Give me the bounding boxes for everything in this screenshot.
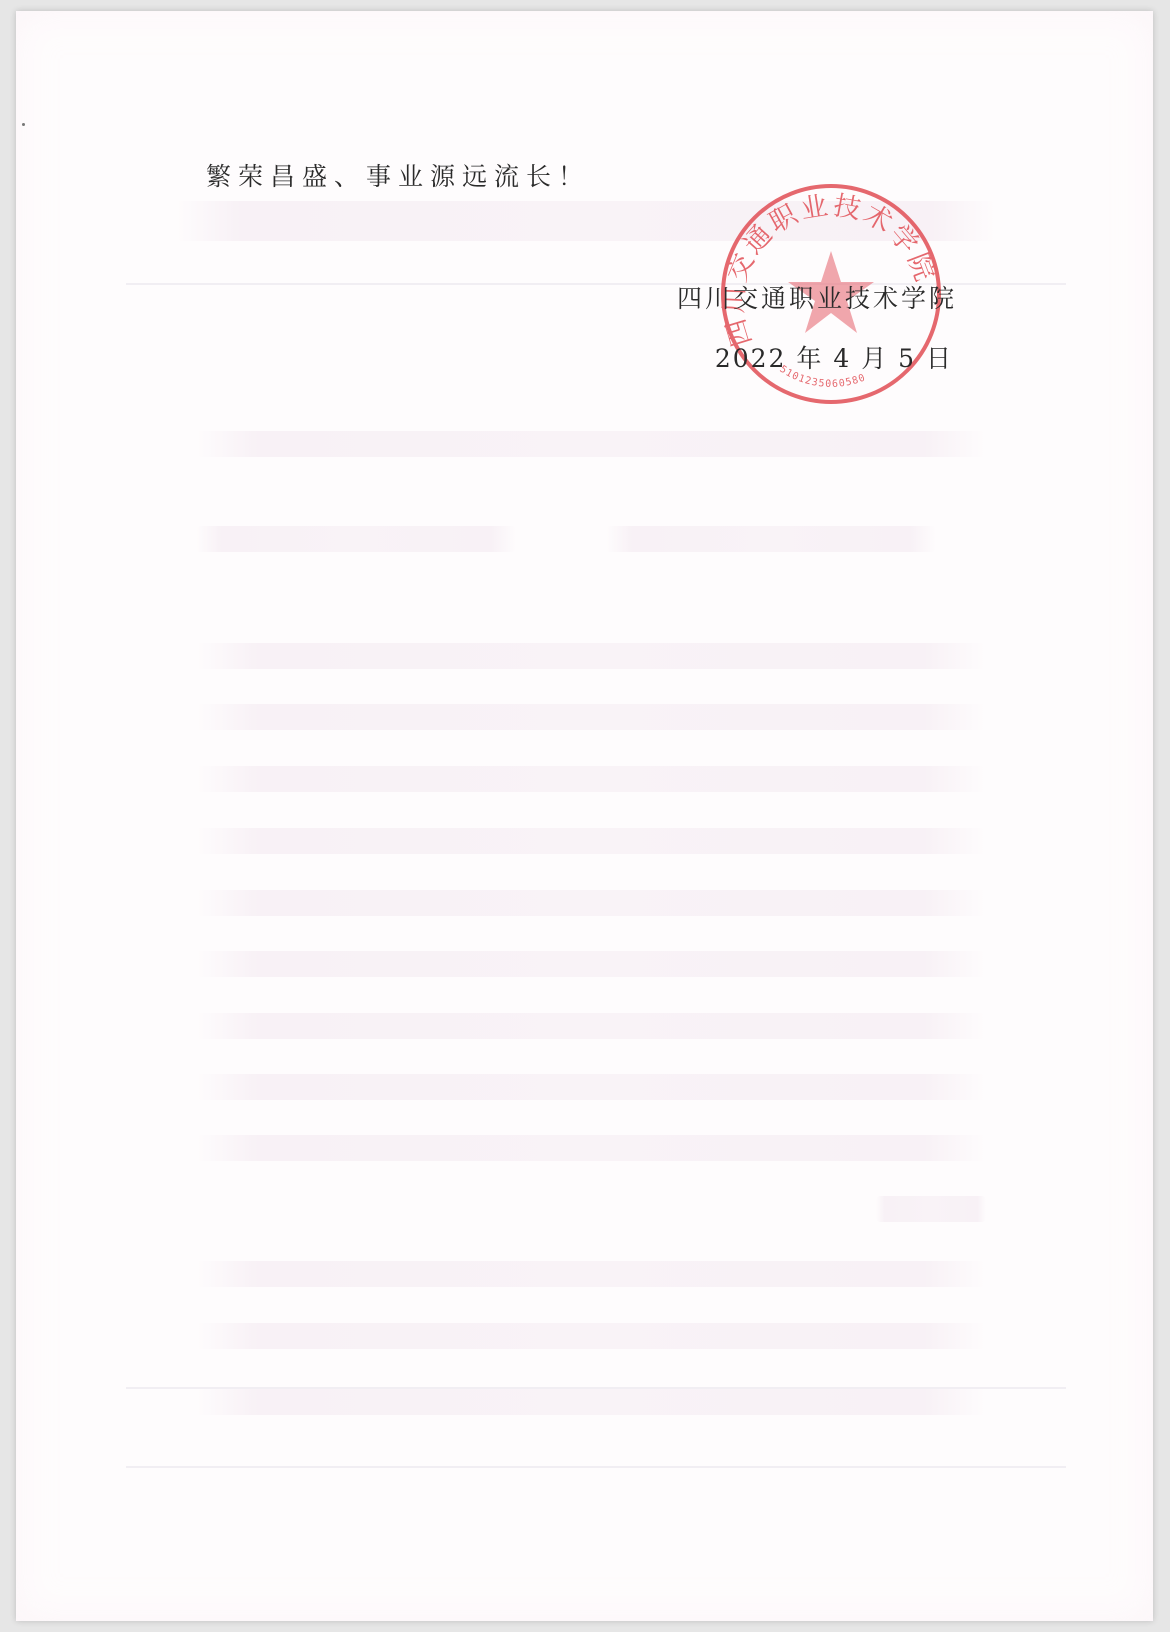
signature-organization: 四川交通职业技术学院 xyxy=(677,279,957,315)
bleed-through-line xyxy=(196,526,516,552)
bleed-through-line xyxy=(196,643,986,669)
bleed-through-rule xyxy=(126,1466,1066,1468)
document-page: 繁荣昌盛、事业源远流长！ 四川交通职业技术学院 5101235060580 四川… xyxy=(16,11,1153,1621)
bleed-through-line xyxy=(196,1074,986,1100)
scan-speck xyxy=(22,123,25,126)
bleed-through-line xyxy=(196,1261,986,1287)
bleed-through-line xyxy=(196,1323,986,1349)
bleed-through-line xyxy=(876,1196,986,1222)
bleed-through-line xyxy=(196,890,986,916)
bleed-through-line xyxy=(196,1013,986,1039)
bleed-through-line xyxy=(196,1389,986,1415)
bleed-through-line xyxy=(196,766,986,792)
closing-line: 繁荣昌盛、事业源远流长！ xyxy=(206,157,590,193)
bleed-through-line xyxy=(196,704,986,730)
bleed-through-line xyxy=(196,828,986,854)
signature-date: 2022 年 4 月 5 日 xyxy=(715,339,953,375)
bleed-through-line xyxy=(606,526,936,552)
bleed-through-line xyxy=(196,1135,986,1161)
bleed-through-line xyxy=(196,951,986,977)
bleed-through-line xyxy=(196,431,986,457)
